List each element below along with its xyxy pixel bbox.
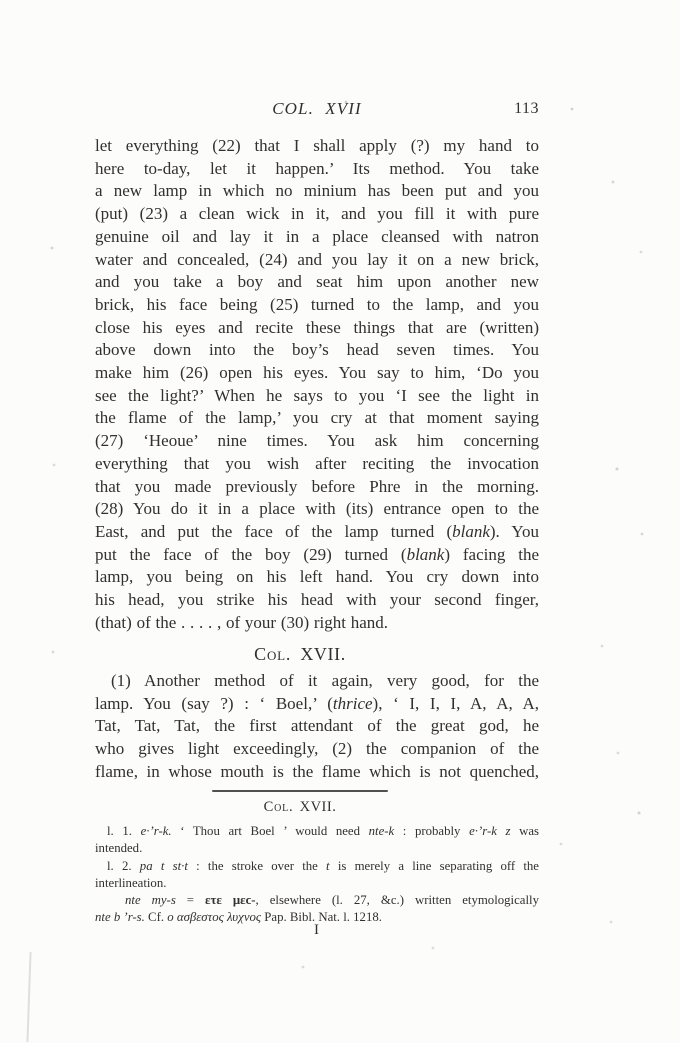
page-title: COL. XVII: [95, 99, 539, 119]
text-line: the flame of the lamp,’ you cry at that …: [95, 407, 539, 430]
text-line: (27) ‘Heoue’ nine times. You ask him con…: [95, 430, 539, 453]
text-line: everything that you wish after reciting …: [95, 453, 539, 476]
footnotes-heading: Col. XVII.: [78, 798, 522, 816]
text-line: water and concealed, (24) and you lay it…: [95, 249, 539, 272]
gathering-signature: I: [95, 922, 539, 939]
paragraph-second: (1) Another method of it again, very goo…: [95, 670, 539, 784]
text-line: let everything (22) that I shall apply (…: [95, 135, 539, 158]
text-line: nte my-s = ετε μεϲ-, elsewhere (l. 27, &…: [95, 892, 539, 909]
text-line: (that) of the . . . . , of your (30) rig…: [95, 612, 539, 635]
text-line: l. 1. e·’r-k. ‘ Thou art Boel ’ would ne…: [95, 823, 539, 840]
section-heading: Col. XVII.: [78, 643, 522, 666]
text-line: (put) (23) a clean wick in it, and you f…: [95, 203, 539, 226]
text-line: here to-day, let it happen.’ Its method.…: [95, 158, 539, 181]
book-page: COL. XVII 113 let everything (22) that I…: [0, 0, 680, 1043]
text-line: a new lamp in which no minium has been p…: [95, 180, 539, 203]
text-line: Tat, Tat, Tat, the first attendant of th…: [95, 715, 539, 738]
paragraph-main: let everything (22) that I shall apply (…: [95, 135, 539, 634]
text-line: put the face of the boy (29) turned (bla…: [95, 544, 539, 567]
scan-speckles: [0, 0, 2, 2]
page-number: 113: [514, 100, 539, 118]
text-line: and you take a boy and seat him upon ano…: [95, 271, 539, 294]
text-line: make him (26) open his eyes. You say to …: [95, 362, 539, 385]
text-line: above down into the boy’s head seven tim…: [95, 339, 539, 362]
text-line: Col. XVII.: [78, 643, 522, 666]
running-header: COL. XVII 113: [95, 99, 539, 123]
text-line: genuine oil and lay it in a place cleans…: [95, 226, 539, 249]
text-line: Col. XVII.: [78, 798, 522, 816]
text-line: East, and put the face of the lamp turne…: [95, 521, 539, 544]
text-line: intended.: [95, 840, 539, 857]
footnotes: l. 1. e·’r-k. ‘ Thou art Boel ’ would ne…: [95, 823, 539, 927]
scan-artifact: [26, 952, 31, 1042]
text-line: flame, in whose mouth is the flame which…: [95, 761, 539, 784]
text-line: brick, his face being (25) turned to the…: [95, 294, 539, 317]
text-line: lamp, you being on his left hand. You cr…: [95, 566, 539, 589]
text-line: (28) You do it in a place with (its) ent…: [95, 498, 539, 521]
text-line: his head, you strike his head with your …: [95, 589, 539, 612]
text-line: (1) Another method of it again, very goo…: [95, 670, 539, 693]
footnote-separator: [212, 790, 388, 792]
text-line: see the light?’ When he says to you ‘I s…: [95, 385, 539, 408]
text-line: lamp. You (say ?) : ‘ Boel,’ (thrice), ‘…: [95, 693, 539, 716]
text-line: close his eyes and recite these things t…: [95, 317, 539, 340]
text-line: l. 2. pa t st·t : the stroke over the t …: [95, 858, 539, 875]
text-line: that you made previously before Phre in …: [95, 476, 539, 499]
text-line: interlineation.: [95, 875, 539, 892]
text-line: who gives light exceedingly, (2) the com…: [95, 738, 539, 761]
